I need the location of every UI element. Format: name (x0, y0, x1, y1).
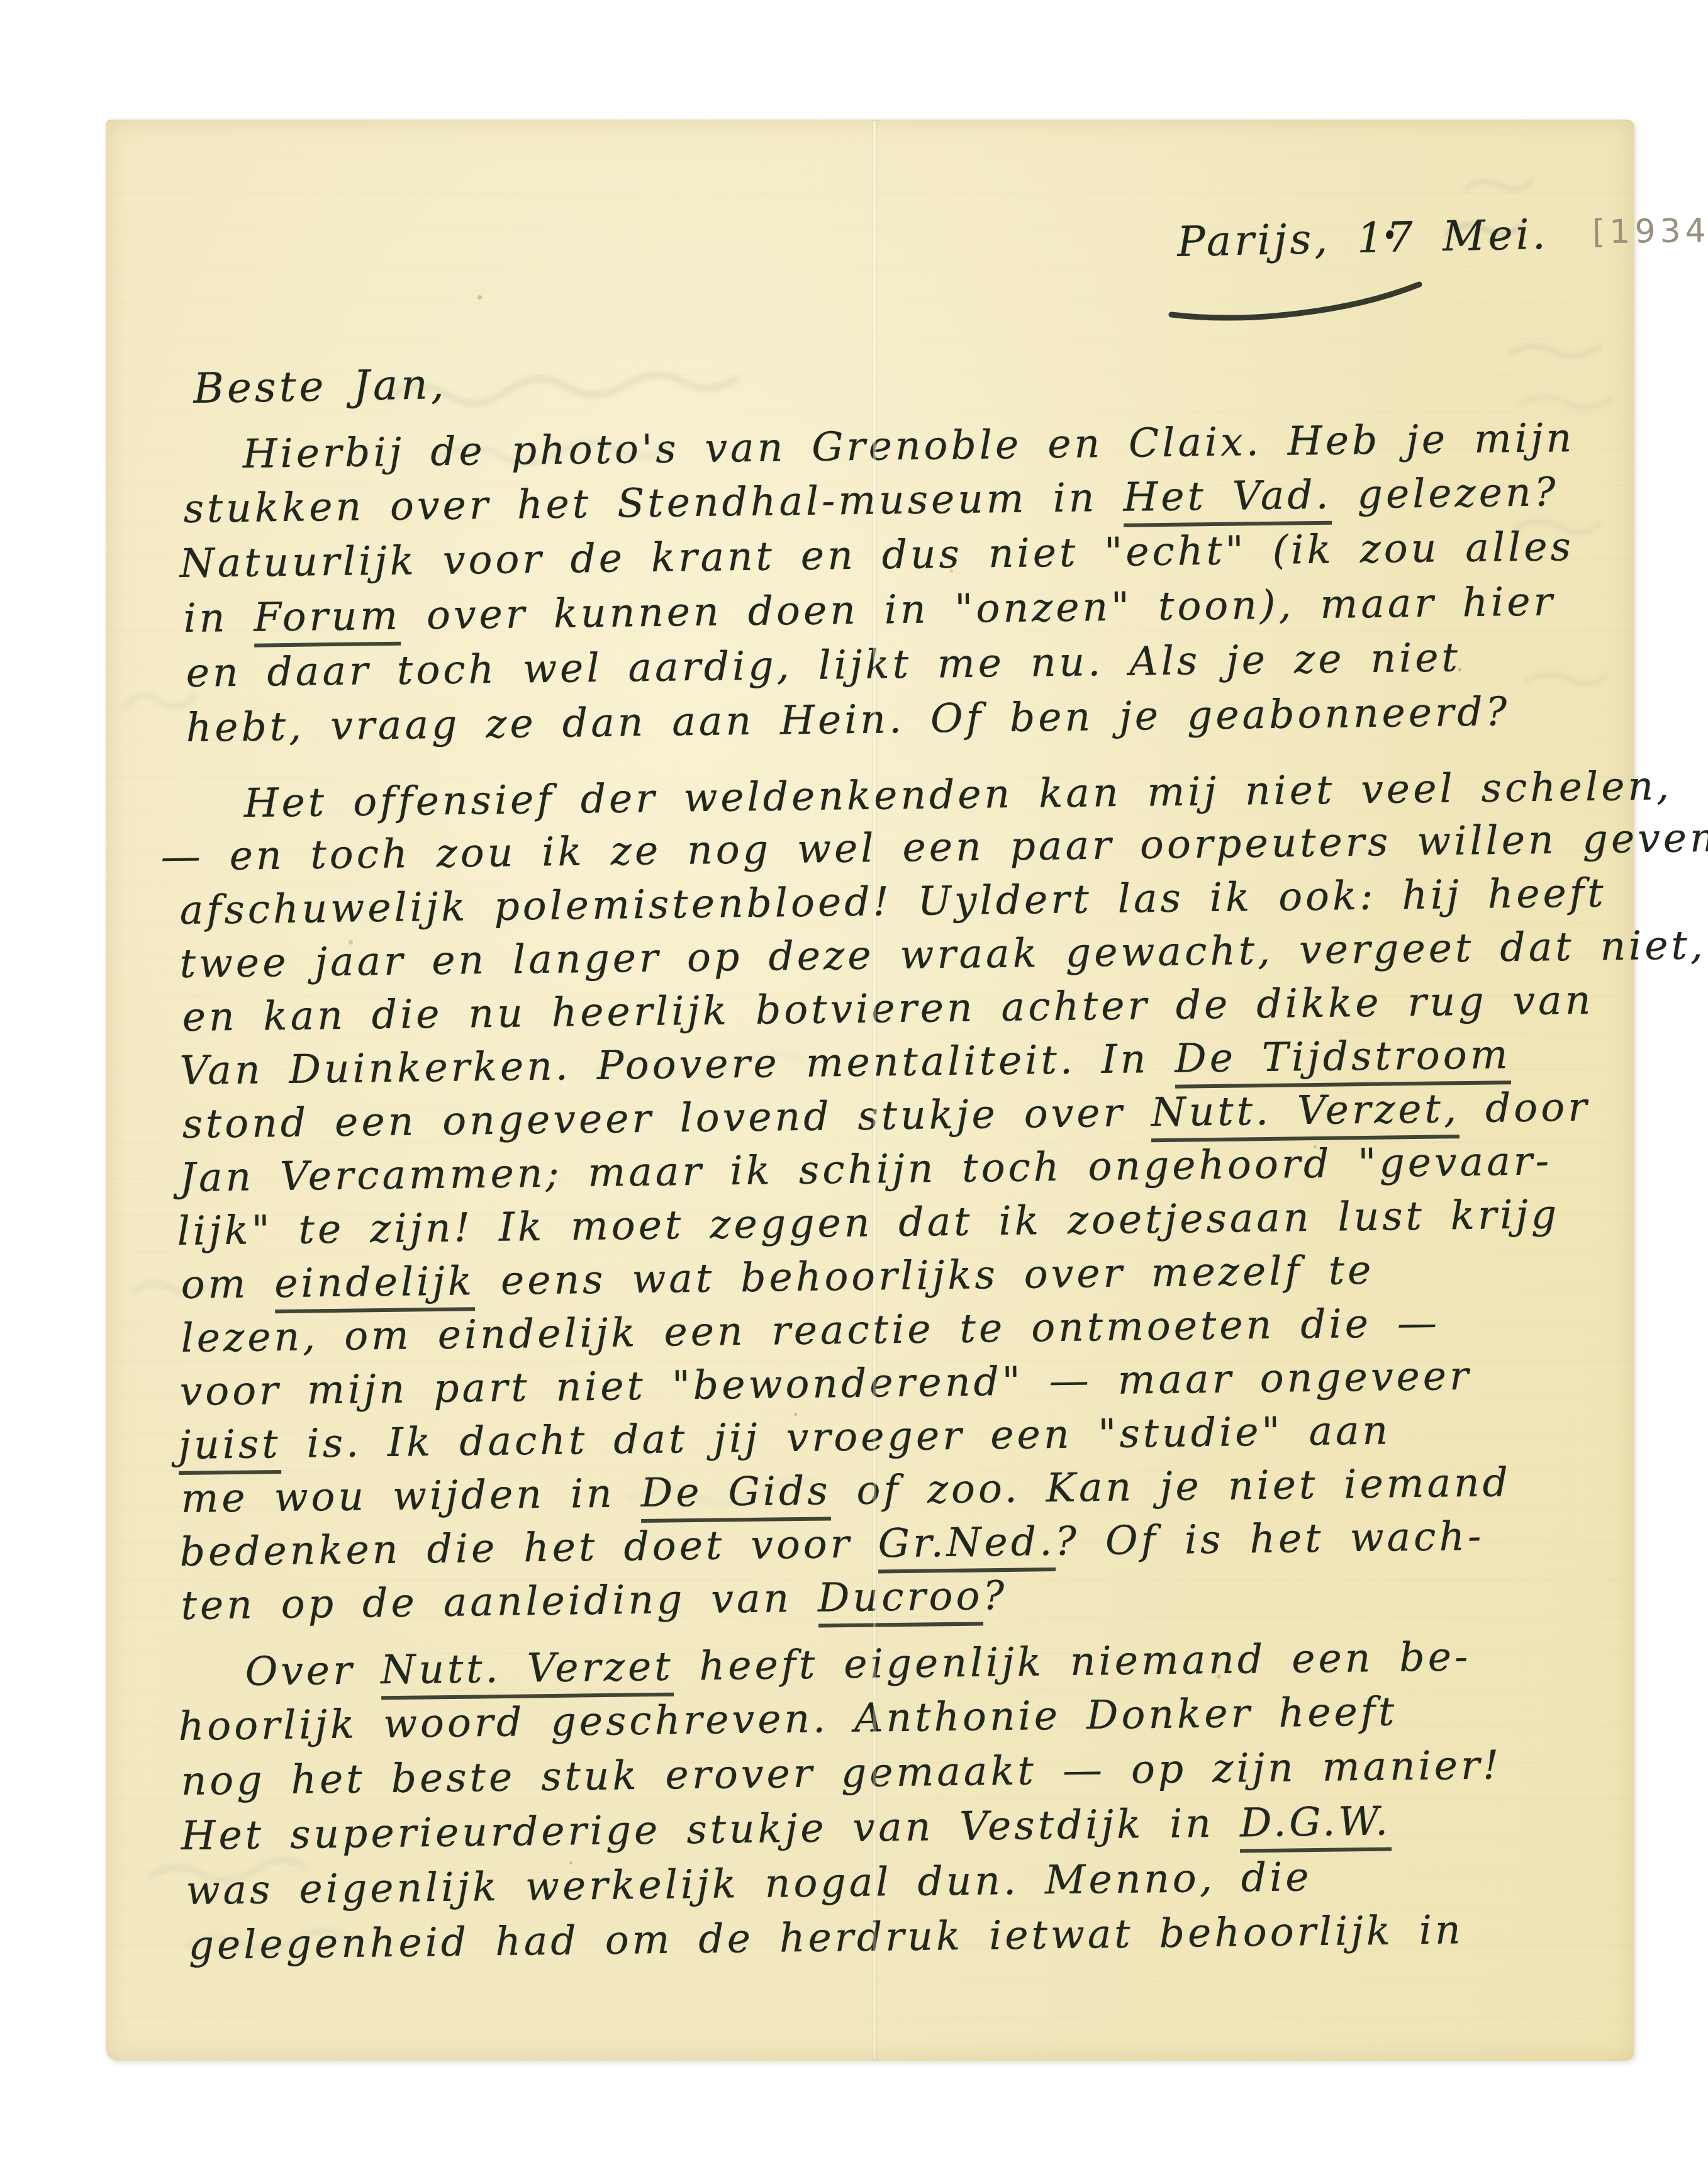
fold-crease (873, 121, 876, 2059)
underlined-text: D.G.W. (1239, 1798, 1391, 1853)
underlined-text: Ducroo (818, 1573, 983, 1627)
underlined-text: De Gids (640, 1467, 831, 1523)
handwritten-text: bedenken die het doet voor (179, 1520, 878, 1575)
handwritten-text: in (183, 595, 254, 641)
underlined-text: Gr.Ned. (878, 1518, 1055, 1573)
handwritten-text: me wou wijden in (181, 1470, 641, 1522)
handwritten-text: gelezen? (1331, 469, 1559, 517)
salutation: Beste Jan, (193, 364, 447, 410)
underlined-text: Nutt. Verzet (381, 1644, 674, 1700)
handwritten-text: om (181, 1260, 275, 1308)
underlined-text: Het Vad. (1123, 472, 1332, 527)
handwritten-text: ? (983, 1573, 1008, 1618)
underlined-text: Nutt. Verzet, (1151, 1085, 1460, 1142)
letter-line-22: ten op de aanleiding van Ducroo? (181, 1576, 1007, 1625)
place-date-text: Parijs, 17 Mei. (1176, 210, 1549, 266)
handwritten-text: of zoo. Kan je niet iemand (830, 1459, 1511, 1513)
handwritten-text: ten op de aanleiding van (181, 1575, 818, 1629)
pencil-year-annotation: [1934] (1592, 215, 1708, 249)
underlined-text: juist (178, 1421, 281, 1475)
underlined-text: Forum (254, 593, 401, 648)
underlined-text: eindelijk (274, 1258, 476, 1313)
underlined-text: De Tijdstroom (1175, 1031, 1511, 1089)
handwritten-text: door (1460, 1084, 1590, 1132)
handwritten-text: heeft eigenlijk niemand een be- (673, 1634, 1471, 1689)
paper-specks (0, 0, 3, 3)
handwritten-text: Over (245, 1647, 381, 1695)
handwritten-text: ? Of is het wach- (1055, 1513, 1485, 1564)
